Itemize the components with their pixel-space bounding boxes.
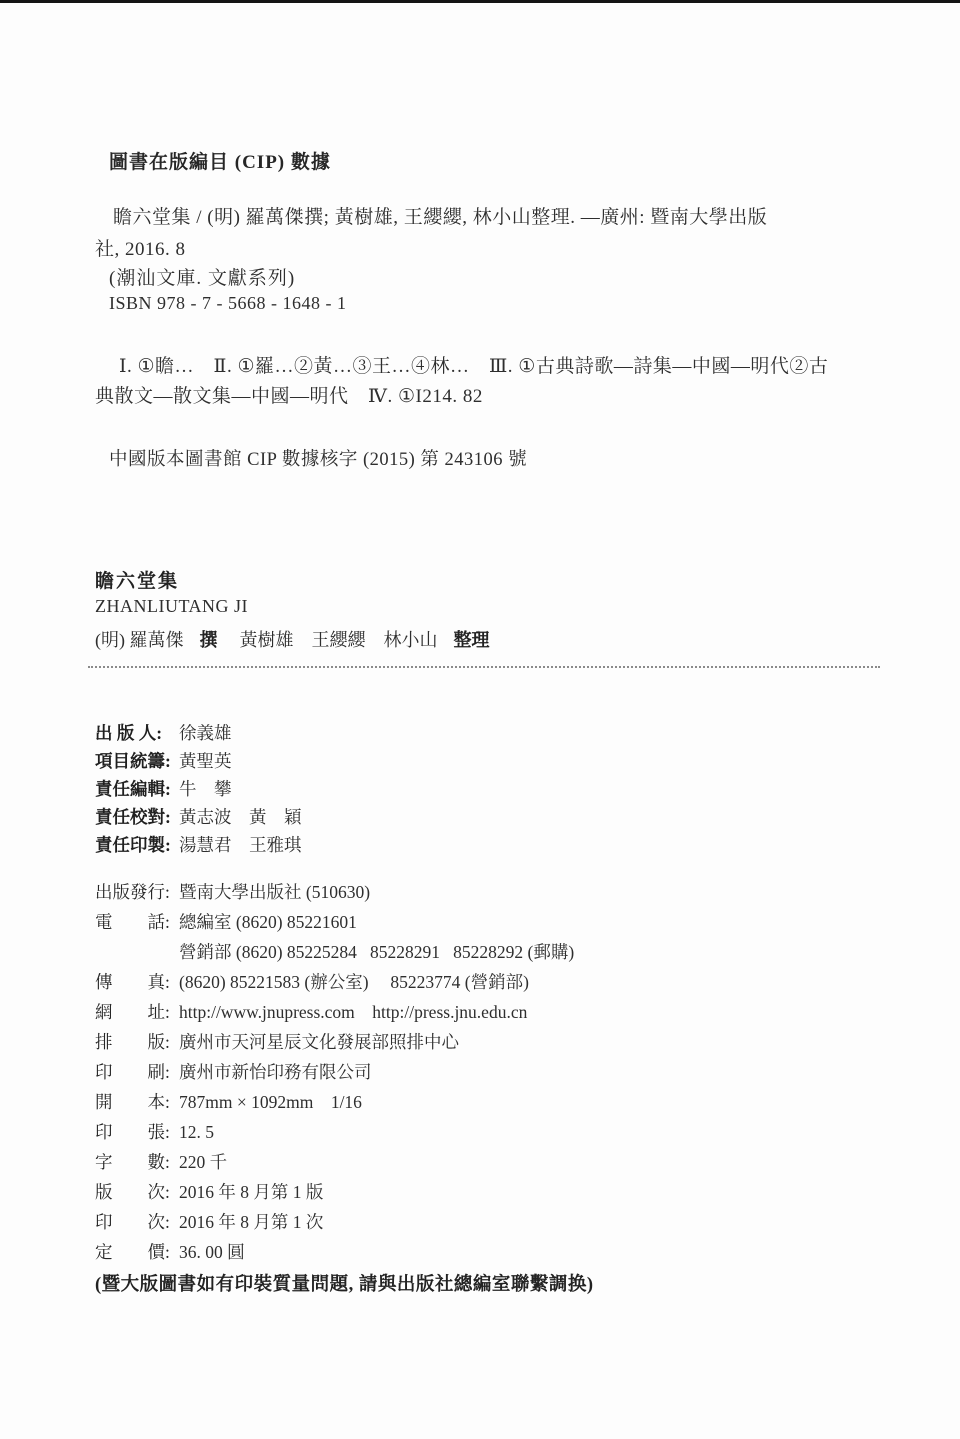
cip-classification-line1: Ⅰ. ①瞻… Ⅱ. ①羅…②黃…③王…④林… Ⅲ. ①古典詩歌—詩集—中國—明代… bbox=[95, 352, 895, 382]
publication-row-label: 網 址: bbox=[95, 997, 179, 1027]
publication-row-value: 220 千 bbox=[179, 1152, 227, 1172]
publication-row: 傳 真:(8620) 85221583 (辦公室) 85223774 (營銷部) bbox=[95, 967, 895, 997]
publication-row-value: 營銷部 (8620) 85225284 85228291 85228292 (郵… bbox=[179, 942, 574, 962]
publication-row-value: 787mm × 1092mm 1/16 bbox=[179, 1092, 362, 1112]
staff-row-value: 黃志波 黃 穎 bbox=[179, 807, 302, 827]
publication-row-value: 12. 5 bbox=[179, 1122, 214, 1142]
publication-row-label: 字 數: bbox=[95, 1147, 179, 1177]
publication-row-value: 廣州市新怡印務有限公司 bbox=[179, 1062, 372, 1082]
byline-author-prefix: (明) 羅萬傑 bbox=[95, 630, 184, 650]
publication-row-label: 定 價: bbox=[95, 1237, 179, 1267]
publication-row-label: 出版發行: bbox=[95, 877, 179, 907]
publication-row: 營銷部 (8620) 85225284 85228291 85228292 (郵… bbox=[95, 937, 895, 967]
publication-row-value: 2016 年 8 月第 1 次 bbox=[179, 1212, 323, 1232]
publication-row: 電 話:總編室 (8620) 85221601 bbox=[95, 907, 895, 937]
publication-row-label: 排 版: bbox=[95, 1027, 179, 1057]
publication-row: 版 次:2016 年 8 月第 1 版 bbox=[95, 1177, 895, 1207]
staff-list: 出 版 人:徐義雄 項目統籌:黃聖英 責任編輯:牛 攀 責任校對:黃志波 黃 穎… bbox=[95, 719, 895, 859]
cip-record-number: 中國版本圖書館 CIP 數據核字 (2015) 第 243106 號 bbox=[95, 445, 909, 471]
publication-row-value: 2016 年 8 月第 1 版 bbox=[179, 1182, 323, 1202]
publication-row: 出版發行:暨南大學出版社 (510630) bbox=[95, 877, 895, 907]
staff-row: 責任校對:黃志波 黃 穎 bbox=[95, 803, 895, 831]
staff-row-label: 出 版 人: bbox=[95, 719, 179, 747]
publication-row-value: http://www.jnupress.com http://press.jnu… bbox=[179, 1002, 527, 1022]
book-title-romanization: ZHANLIUTANG JI bbox=[95, 596, 895, 617]
byline-author-role: 撰 bbox=[200, 630, 218, 650]
staff-row: 項目統籌:黃聖英 bbox=[95, 747, 895, 775]
byline-editor-role: 整理 bbox=[454, 630, 490, 650]
cip-classification-line2: 典散文—散文集—中國—明代 Ⅳ. ①I214. 82 bbox=[95, 382, 895, 412]
publication-row-label: 印 次: bbox=[95, 1207, 179, 1237]
publication-row-value: 廣州市天河星辰文化發展部照排中心 bbox=[179, 1032, 459, 1052]
quality-exchange-note: (暨大版圖書如有印裝質量問題, 請與出版社總編室聯繫調换) bbox=[95, 1270, 895, 1296]
publication-row: 網 址:http://www.jnupress.com http://press… bbox=[95, 997, 895, 1027]
staff-row: 責任編輯:牛 攀 bbox=[95, 775, 895, 803]
staff-row-value: 湯慧君 王雅琪 bbox=[179, 835, 302, 855]
publication-row-label: 傳 真: bbox=[95, 967, 179, 997]
publication-row: 定 價:36. 00 圓 bbox=[95, 1237, 895, 1267]
publication-row-label: 印 張: bbox=[95, 1117, 179, 1147]
scan-edge-line bbox=[0, 0, 960, 3]
staff-row-value: 牛 攀 bbox=[179, 779, 232, 799]
publication-row-value: 暨南大學出版社 (510630) bbox=[179, 882, 370, 902]
publication-row-label: 版 次: bbox=[95, 1177, 179, 1207]
book-title: 瞻六堂集 bbox=[95, 566, 895, 593]
staff-row-value: 黃聖英 bbox=[179, 751, 232, 771]
byline: (明) 羅萬傑撰黃樹雄 王纓纓 林小山整理 bbox=[95, 626, 895, 652]
publication-row-label bbox=[95, 937, 179, 967]
colophon-page: 圖書在版編目 (CIP) 數據 瞻六堂集 / (明) 羅萬傑撰; 黃樹雄, 王纓… bbox=[0, 0, 960, 1439]
cip-description-line2: 社, 2016. 8 bbox=[95, 234, 895, 266]
publication-row-label: 電 話: bbox=[95, 907, 179, 937]
publication-row-value: 36. 00 圓 bbox=[179, 1242, 245, 1262]
staff-row-label: 責任印製: bbox=[95, 831, 179, 859]
cip-description-line1: 瞻六堂集 / (明) 羅萬傑撰; 黃樹雄, 王纓纓, 林小山整理. —廣州: 暨… bbox=[95, 202, 895, 234]
cip-header: 圖書在版編目 (CIP) 數據 bbox=[95, 147, 909, 174]
publication-row-label: 開 本: bbox=[95, 1087, 179, 1117]
publication-row-value: 總編室 (8620) 85221601 bbox=[179, 912, 357, 932]
staff-row-label: 責任校對: bbox=[95, 803, 179, 831]
cip-classification: Ⅰ. ①瞻… Ⅱ. ①羅…②黃…③王…④林… Ⅲ. ①古典詩歌—詩集—中國—明代… bbox=[95, 352, 895, 412]
byline-editors: 黃樹雄 王纓纓 林小山 bbox=[240, 630, 438, 650]
publication-row: 排 版:廣州市天河星辰文化發展部照排中心 bbox=[95, 1027, 895, 1057]
series-note: (潮汕文庫. 文獻系列) bbox=[95, 263, 909, 290]
publication-row-label: 印 刷: bbox=[95, 1057, 179, 1087]
cip-description: 瞻六堂集 / (明) 羅萬傑撰; 黃樹雄, 王纓纓, 林小山整理. —廣州: 暨… bbox=[95, 202, 895, 266]
publication-details: 出版發行:暨南大學出版社 (510630) 電 話:總編室 (8620) 852… bbox=[95, 877, 895, 1267]
publication-row: 開 本:787mm × 1092mm 1/16 bbox=[95, 1087, 895, 1117]
staff-row: 責任印製:湯慧君 王雅琪 bbox=[95, 831, 895, 859]
staff-row-label: 項目統籌: bbox=[95, 747, 179, 775]
publication-row-value: (8620) 85221583 (辦公室) 85223774 (營銷部) bbox=[179, 972, 529, 992]
isbn-line: ISBN 978 - 7 - 5668 - 1648 - 1 bbox=[95, 293, 909, 314]
staff-row-label: 責任編輯: bbox=[95, 775, 179, 803]
publication-row: 印 張:12. 5 bbox=[95, 1117, 895, 1147]
staff-row: 出 版 人:徐義雄 bbox=[95, 719, 895, 747]
dotted-divider bbox=[88, 666, 880, 668]
publication-row: 字 數:220 千 bbox=[95, 1147, 895, 1177]
staff-row-value: 徐義雄 bbox=[179, 723, 232, 743]
publication-row: 印 次:2016 年 8 月第 1 次 bbox=[95, 1207, 895, 1237]
publication-row: 印 刷:廣州市新怡印務有限公司 bbox=[95, 1057, 895, 1087]
